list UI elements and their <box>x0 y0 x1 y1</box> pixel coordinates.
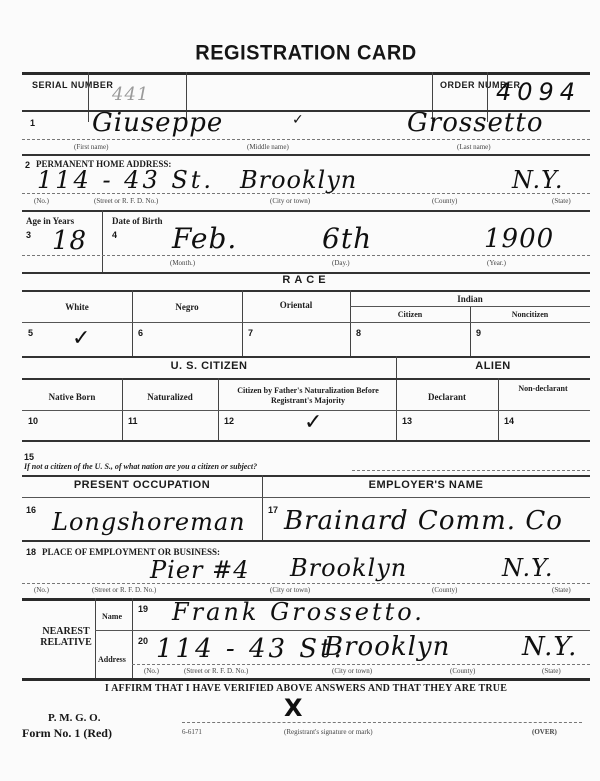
birth-day: 6th <box>322 222 372 255</box>
relative-city: Brooklyn <box>324 632 450 662</box>
divider <box>498 378 499 440</box>
divider <box>95 630 590 631</box>
home-street: 114 - 43 St. <box>37 166 214 194</box>
home-state: N.Y. <box>512 166 563 194</box>
alien-heading: ALIEN <box>396 361 590 371</box>
field-label: (City or town) <box>270 586 310 594</box>
divider <box>95 598 96 678</box>
registrant-mark: X <box>284 694 304 722</box>
race-negro-label: Negro <box>132 302 242 312</box>
form-agency: P. M. G. O. <box>48 712 100 724</box>
race-oriental-label: Oriental <box>242 300 350 310</box>
last-name-label: (Last name) <box>457 143 491 151</box>
race-white-check: ✓ <box>72 326 90 351</box>
divider <box>102 210 103 272</box>
birth-year: 1900 <box>484 224 554 254</box>
field-number: 20 <box>138 636 148 646</box>
field-number: 5 <box>28 328 33 338</box>
us-citizen-heading: U. S. CITIZEN <box>22 361 396 371</box>
divider <box>22 290 590 292</box>
serial-label: SERIAL NUMBER <box>32 80 87 90</box>
field-label: (State) <box>552 197 571 205</box>
relative-name-label: Name <box>102 612 122 622</box>
registration-card: REGISTRATION CARD SERIAL NUMBER 441 ORDE… <box>22 0 590 781</box>
field-label: (No.) <box>34 197 49 205</box>
middle-name-check: ✓ <box>292 112 304 128</box>
divider <box>350 306 590 307</box>
field-label: (Street or R. F. D. No.) <box>92 586 156 594</box>
field-label: (No.) <box>144 667 159 675</box>
employment-city: Brooklyn <box>290 554 407 582</box>
page-title: REGISTRATION CARD <box>22 41 590 65</box>
signature-line <box>182 722 582 723</box>
field-label: (City or town) <box>332 667 372 675</box>
father-naturalization-check: ✓ <box>304 410 322 435</box>
field-number: 4 <box>112 230 117 240</box>
over-label: (OVER) <box>532 728 557 736</box>
race-heading: RACE <box>22 275 590 285</box>
last-name: Grossetto <box>407 108 543 138</box>
field-label: (County) <box>432 197 457 205</box>
divider <box>22 139 590 140</box>
affirmation-text: I AFFIRM THAT I HAVE VERIFIED ABOVE ANSW… <box>22 684 590 694</box>
form-number: Form No. 1 (Red) <box>22 726 112 741</box>
field-number: 3 <box>26 230 31 240</box>
first-name: Giuseppe <box>92 108 223 138</box>
age-value: 18 <box>52 226 87 256</box>
field-number: 15 <box>24 452 34 462</box>
field-label: (State) <box>552 586 571 594</box>
divider <box>218 378 219 440</box>
field-number: 13 <box>402 416 412 426</box>
field-number: 7 <box>248 328 253 338</box>
field-number: 17 <box>268 505 278 515</box>
field-label: (Street or R. F. D. No.) <box>94 197 158 205</box>
field-number: 11 <box>128 416 138 426</box>
divider <box>132 290 133 356</box>
employer-heading: EMPLOYER'S NAME <box>262 480 590 490</box>
divider <box>122 378 123 440</box>
divider <box>88 72 89 122</box>
relative-state: N.Y. <box>522 632 577 662</box>
field-label: (No.) <box>34 586 49 594</box>
race-indian-heading: Indian <box>350 294 590 304</box>
field-label: (Month.) <box>170 259 195 267</box>
divider <box>22 583 590 584</box>
native-born-label: Native Born <box>22 392 122 402</box>
relative-address-label: Address <box>98 655 126 665</box>
divider <box>132 598 133 678</box>
divider <box>22 540 590 542</box>
field-number: 14 <box>504 416 514 426</box>
naturalized-label: Naturalized <box>122 392 218 402</box>
field-number: 6 <box>138 328 143 338</box>
divider <box>22 193 590 194</box>
divider <box>22 440 590 442</box>
field-number: 10 <box>28 416 38 426</box>
field-number: 12 <box>224 416 234 426</box>
field-number: 18 <box>26 547 36 557</box>
field-number: 8 <box>356 328 361 338</box>
divider <box>132 664 590 665</box>
signature-label: (Registrant's signature or mark) <box>284 728 373 736</box>
employment-state: N.Y. <box>502 554 553 582</box>
employment-street: Pier #4 <box>150 556 250 584</box>
dob-label: Date of Birth <box>112 216 163 226</box>
divider <box>22 322 590 323</box>
form-code: 6-6171 <box>182 728 202 736</box>
field-number: 16 <box>26 505 36 515</box>
divider <box>352 470 590 471</box>
field-number: 9 <box>476 328 481 338</box>
occupation-value: Longshoreman <box>52 508 246 536</box>
relative-name: Frank Grossetto. <box>172 598 425 626</box>
nearest-relative-label: NEAREST RELATIVE <box>26 626 106 648</box>
field-number: 19 <box>138 604 148 614</box>
serial-value: 441 <box>112 84 149 105</box>
divider <box>22 475 590 477</box>
field-label: (State) <box>542 667 561 675</box>
employer-value: Brainard Comm. Co <box>284 506 563 536</box>
race-indian-noncitizen-label: Noncitizen <box>470 310 590 320</box>
occupation-heading: PRESENT OCCUPATION <box>22 480 262 490</box>
non-declarant-label: Non-declarant <box>508 384 578 394</box>
order-label: ORDER NUMBER <box>440 80 485 90</box>
divider <box>22 255 590 256</box>
birth-month: Feb. <box>172 222 237 255</box>
field-label: (County) <box>432 586 457 594</box>
nation-question: If not a citizen of the U. S., of what n… <box>24 462 257 472</box>
divider <box>22 72 590 75</box>
divider <box>22 678 590 681</box>
middle-name-label: (Middle name) <box>247 143 289 151</box>
age-label: Age in Years <box>26 216 74 226</box>
race-white-label: White <box>22 302 132 312</box>
divider <box>22 497 590 498</box>
order-value: 4094 <box>496 78 581 106</box>
declarant-label: Declarant <box>396 392 498 402</box>
divider <box>22 356 590 358</box>
father-naturalization-label: Citizen by Father's Naturalization Befor… <box>226 386 390 406</box>
field-label: (Street or R. F. D. No.) <box>184 667 248 675</box>
field-number: 1 <box>30 118 35 128</box>
field-label: (Day.) <box>332 259 350 267</box>
field-label: (City or town) <box>270 197 310 205</box>
field-label: (County) <box>450 667 475 675</box>
home-city: Brooklyn <box>240 166 357 194</box>
divider <box>22 154 590 156</box>
first-name-label: (First name) <box>74 143 108 151</box>
race-indian-citizen-label: Citizen <box>350 310 470 320</box>
divider <box>22 210 590 212</box>
field-number: 2 <box>25 160 30 170</box>
relative-street: 114 - 43 St. <box>156 634 345 664</box>
field-label: (Year.) <box>487 259 506 267</box>
divider <box>22 378 590 380</box>
